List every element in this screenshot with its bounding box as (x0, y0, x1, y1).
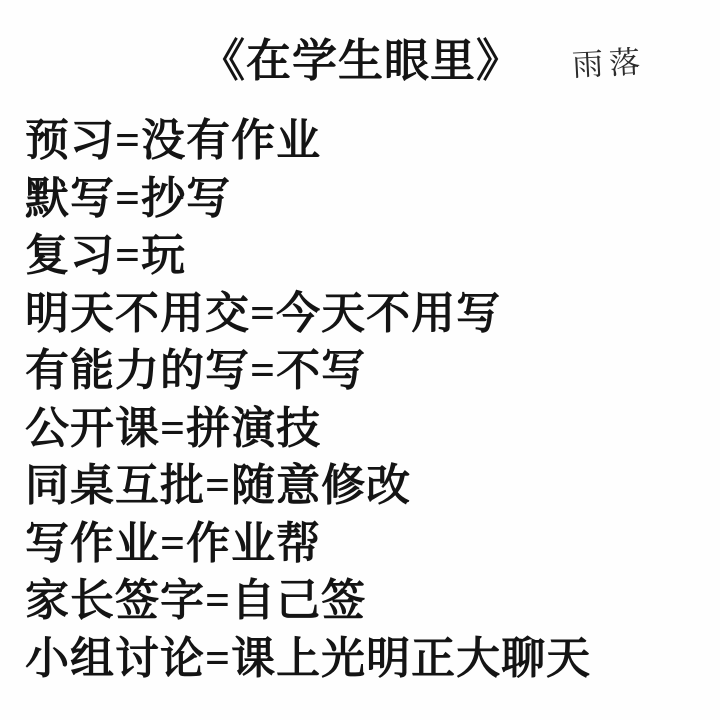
list-line: 写作业=作业帮 (25, 515, 695, 573)
header: 《在学生眼里》 雨落 (0, 30, 720, 100)
page-title: 《在学生眼里》 (200, 30, 522, 92)
list-line: 默写=抄写 (25, 170, 695, 228)
meme-page: 《在学生眼里》 雨落 预习=没有作业 默写=抄写 复习=玩 明天不用交=今天不用… (0, 0, 720, 720)
list-line: 公开课=拼演技 (25, 400, 695, 458)
list-line: 有能力的写=不写 (25, 342, 695, 400)
list-line: 家长签字=自己签 (25, 572, 695, 630)
list-line: 明天不用交=今天不用写 (25, 285, 695, 343)
author-signature: 雨落 (571, 36, 647, 85)
list-line: 复习=玩 (25, 227, 695, 285)
list-line: 同桌互批=随意修改 (25, 457, 695, 515)
list-line: 小组讨论=课上光明正大聊天 (25, 630, 695, 688)
equation-list: 预习=没有作业 默写=抄写 复习=玩 明天不用交=今天不用写 有能力的写=不写 … (25, 112, 695, 687)
list-line: 预习=没有作业 (25, 112, 695, 170)
